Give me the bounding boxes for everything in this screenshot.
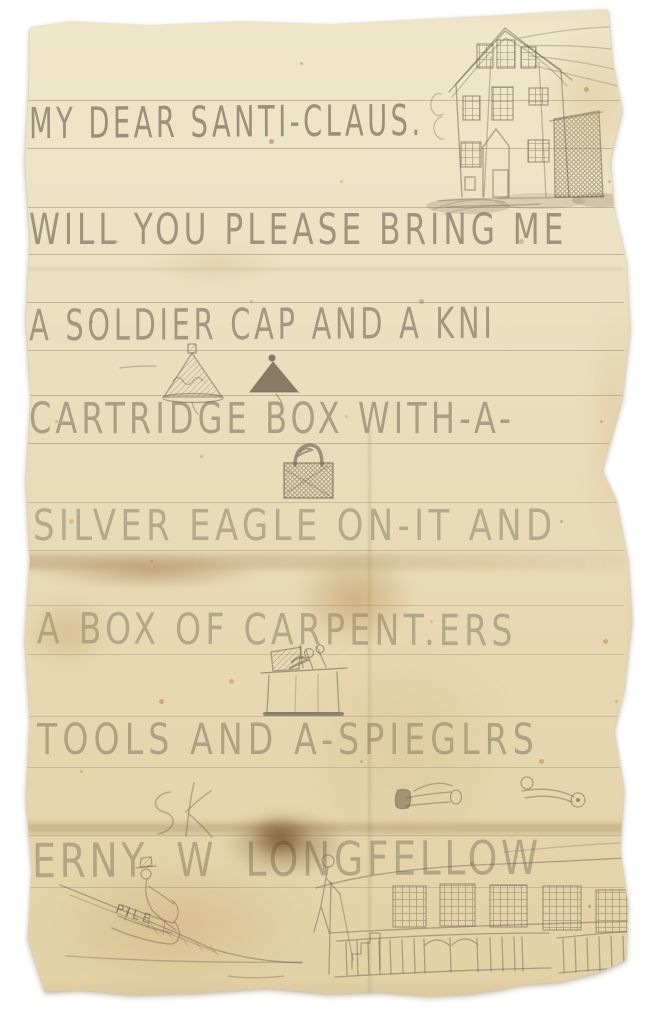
letter-line-6: A BOX OF CARPENT.ERS — [37, 608, 517, 653]
sled-label-text: PILE — [113, 902, 155, 928]
letter-line-3: A SOLDIER CAP AND A KNI — [29, 303, 496, 348]
letter-paper: MY DEAR SANTI-CLAUS. WILL YOU PLEASE BRI… — [0, 0, 650, 1017]
stain-right-edge — [588, 300, 643, 560]
fold-crease-stained — [25, 554, 625, 570]
stain-fold-left — [40, 555, 260, 590]
cannon-drawing — [395, 783, 461, 808]
letter-line-1: MY DEAR SANTI-CLAUS. — [29, 100, 424, 146]
paper-shadow: MY DEAR SANTI-CLAUS. WILL YOU PLEASE BRI… — [0, 0, 650, 1017]
letter-line-4: CARTRIDGE BOX WITH-A- — [29, 398, 515, 441]
scribble-drawing — [155, 783, 212, 837]
signature-line: ERNY W LONGFELLOW — [32, 835, 542, 885]
letter-line-5: SILVER EAGLE ON-IT AND — [33, 505, 556, 548]
fold-crease — [25, 268, 623, 270]
scanned-letter-photo: MY DEAR SANTI-CLAUS. WILL YOU PLEASE BRI… — [0, 0, 650, 1017]
stain-top-right — [540, 18, 650, 178]
ruled-guideline — [27, 767, 624, 768]
letter-line-2: WILL YOU PLEASE BRING ME — [29, 209, 567, 252]
letter-line-7: TOOLS AND A-SPIEGLRS — [37, 719, 539, 762]
cart-drawing — [521, 777, 585, 807]
house-drawing — [431, 27, 648, 207]
cartridge-box-drawing — [284, 445, 333, 498]
